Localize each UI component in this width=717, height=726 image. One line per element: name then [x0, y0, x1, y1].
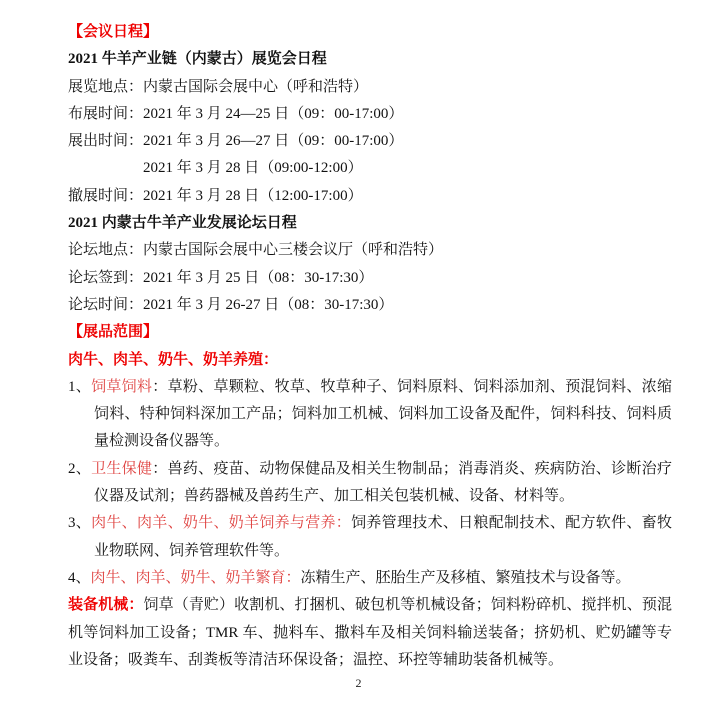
- exhibit-item-2: 2、卫生保健：兽药、疫苗、动物保健品及相关生物制品；消毒消炎、疾病防治、诊断治疗…: [68, 456, 672, 511]
- exhibit-item-4: 4、肉牛、肉羊、奶牛、奶羊繁育：冻精生产、胚胎生产及移植、繁殖技术与设备等。: [68, 565, 672, 592]
- item-2-description: 兽药、疫苗、动物保健品及相关生物制品；消毒消炎、疾病防治、诊断治疗仪器及试剂；兽…: [94, 461, 672, 504]
- item-1-term: 饲草饲料: [91, 379, 152, 395]
- item-2-separator: ：: [152, 461, 167, 477]
- document-page: 【会议日程】 2021 牛羊产业链（内蒙古）展览会日程 展览地点：内蒙古国际会展…: [0, 0, 717, 726]
- item-2-term: 卫生保健: [91, 461, 152, 477]
- expo-schedule-title: 2021 牛羊产业链（内蒙古）展览会日程: [68, 46, 672, 73]
- equipment-label: 装备机械：: [68, 597, 144, 613]
- item-4-description: 冻精生产、胚胎生产及移植、繁殖技术与设备等。: [301, 570, 631, 586]
- forum-time-line: 论坛时间：2021 年 3 月 26-27 日（08：30-17:30）: [68, 292, 672, 319]
- item-1-number: 1、: [68, 379, 91, 395]
- exhibit-item-1: 1、饲草饲料：草粉、草颗粒、牧草、牧草种子、饲料原料、饲料添加剂、预混饲料、浓缩…: [68, 374, 672, 456]
- item-1-separator: ：: [152, 379, 167, 395]
- exhibit-item-3: 3、肉牛、肉羊、奶牛、奶羊饲养与营养：饲养管理技术、日粮配制技术、配方软件、畜牧…: [68, 510, 672, 565]
- expo-venue-line: 展览地点：内蒙古国际会展中心（呼和浩特）: [68, 74, 672, 101]
- item-4-number: 4、: [68, 570, 91, 586]
- expo-open-time-line-2: 2021 年 3 月 28 日（09:00-12:00）: [68, 155, 672, 182]
- exhibits-header: 【展品范围】: [68, 319, 672, 346]
- forum-schedule-title: 2021 内蒙古牛羊产业发展论坛日程: [68, 210, 672, 237]
- forum-checkin-line: 论坛签到：2021 年 3 月 25 日（08：30-17:30）: [68, 265, 672, 292]
- document-content: 【会议日程】 2021 牛羊产业链（内蒙古）展览会日程 展览地点：内蒙古国际会展…: [68, 19, 672, 674]
- equipment-description: 饲草（青贮）收割机、打捆机、破包机等机械设备；饲料粉碎机、搅拌机、预混机等饲料加…: [68, 597, 672, 668]
- item-2-number: 2、: [68, 461, 91, 477]
- meeting-schedule-header: 【会议日程】: [68, 19, 672, 46]
- page-number: 2: [0, 676, 717, 690]
- exhibits-category-title: 肉牛、肉羊、奶牛、奶羊养殖：: [68, 347, 672, 374]
- expo-open-time-line-1: 展出时间：2021 年 3 月 26—27 日（09：00-17:00）: [68, 128, 672, 155]
- forum-venue-line: 论坛地点：内蒙古国际会展中心三楼会议厅（呼和浩特）: [68, 237, 672, 264]
- equipment-paragraph: 装备机械：饲草（青贮）收割机、打捆机、破包机等机械设备；饲料粉碎机、搅拌机、预混…: [68, 592, 672, 674]
- item-3-number: 3、: [68, 515, 91, 531]
- item-3-term: 肉牛、肉羊、奶牛、奶羊饲养与营养：: [91, 515, 351, 531]
- expo-setup-time-line: 布展时间：2021 年 3 月 24—25 日（09：00-17:00）: [68, 101, 672, 128]
- item-4-term: 肉牛、肉羊、奶牛、奶羊繁育：: [91, 570, 301, 586]
- expo-teardown-time-line: 撤展时间：2021 年 3 月 28 日（12:00-17:00）: [68, 183, 672, 210]
- item-1-description: 草粉、草颗粒、牧草、牧草种子、饲料原料、饲料添加剂、预混饲料、浓缩饲料、特种饲料…: [94, 379, 672, 450]
